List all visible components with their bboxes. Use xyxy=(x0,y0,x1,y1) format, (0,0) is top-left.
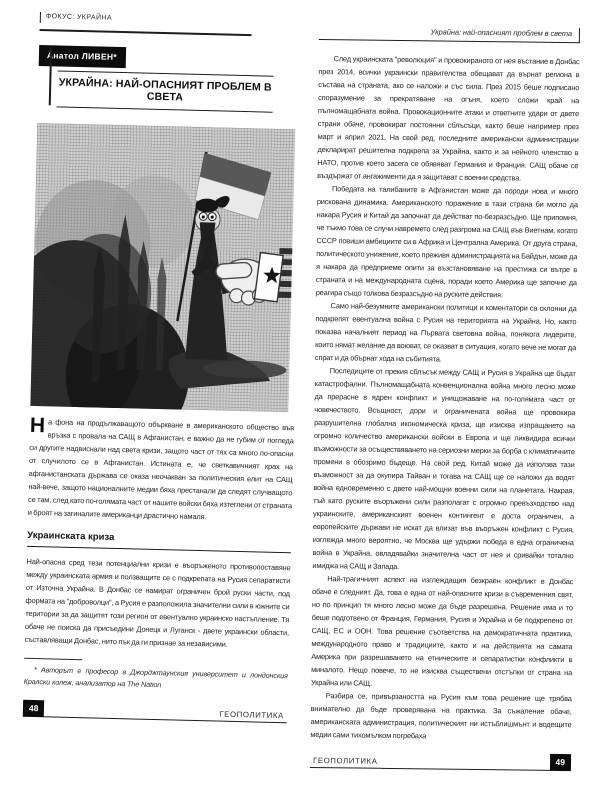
paragraph: Само най-безумните американски политици … xyxy=(315,299,577,367)
footer-right: ГЕОПОЛИТИКА 49 xyxy=(310,751,571,771)
page-left: ФОКУС: УКРАЙНА Анатол ЛИВЕН* УКРАЙНА: НА… xyxy=(23,12,304,723)
lead-paragraph: На фона на продължаващото объркване в ам… xyxy=(28,414,294,524)
journal-name: ГЕОПОЛИТИКА xyxy=(216,709,287,723)
footer-rule xyxy=(380,768,549,771)
footnote-rule xyxy=(24,657,82,659)
footer-left: 48 ГЕОПОЛИТИКА xyxy=(23,699,287,722)
page-right: Украйна: най-опасният проблем в света Сл… xyxy=(310,26,580,771)
cartoon-drawing xyxy=(30,122,295,411)
paragraph: Най-трагичният аспект на изглеждащия без… xyxy=(311,572,573,692)
article-body: След украинската "революция" и провокира… xyxy=(310,52,579,744)
section-paragraph: Най-опасна сред тези потенциални кризи е… xyxy=(25,554,291,651)
paragraph: Разбира се, привързаността на Русия към … xyxy=(310,689,572,744)
footer-rule xyxy=(44,716,216,721)
paragraph: След украинската "революция" и провокира… xyxy=(317,52,580,185)
running-header: Украйна: най-опасният проблем в света xyxy=(319,26,580,43)
cossack-us-hand-cartoon-image xyxy=(30,122,295,411)
page-number: 48 xyxy=(23,699,45,717)
title-block: УКРАЙНА: НАЙ-ОПАСНИЯТ ПРОБЛЕМ В СВЕТА xyxy=(57,70,274,112)
drop-cap: Н xyxy=(30,416,45,433)
page-number: 49 xyxy=(549,754,571,771)
magazine-spread: ФОКУС: УКРАЙНА Анатол ЛИВЕН* УКРАЙНА: НА… xyxy=(0,0,600,800)
paragraph: Победата на талибаните в Афганистан може… xyxy=(316,182,578,302)
author-footnote: * Авторът е професор в Джорджтаунския ун… xyxy=(23,663,288,693)
article-title: УКРАЙНА: НАЙ-ОПАСНИЯТ ПРОБЛЕМ В СВЕТА xyxy=(57,76,274,105)
kicker-rule xyxy=(40,29,252,36)
lead-paragraph-text: а фона на продължаващото объркване в аме… xyxy=(28,417,294,521)
paragraph: Последиците от прекия сблъсък между САЩ … xyxy=(312,364,576,575)
journal-name: ГЕОПОЛИТИКА xyxy=(310,756,381,769)
kicker: ФОКУС: УКРАЙНА xyxy=(40,12,304,29)
author-box: Анатол ЛИВЕН* xyxy=(39,44,127,67)
section-heading: Украинската криза xyxy=(27,529,291,552)
